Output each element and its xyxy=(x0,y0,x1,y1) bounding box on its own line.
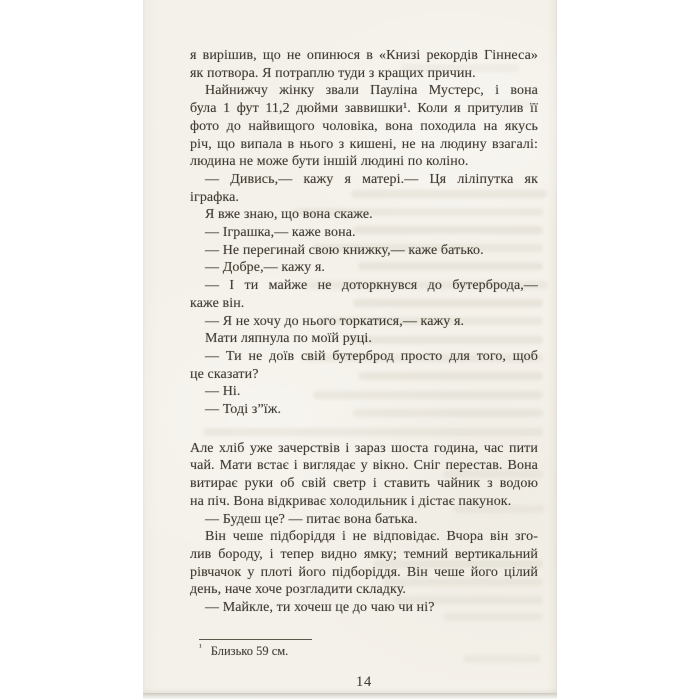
paragraph: Найнижчу жінку звали Пауліна Мустерс, і … xyxy=(190,82,538,171)
paragraph: — Будеш це? — питає вона батька. xyxy=(190,511,538,529)
footnote-separator xyxy=(199,639,312,640)
text-line: чай. Мати встає і виглядає у вікно. Сніг… xyxy=(190,457,538,475)
text-line: Найнижчу жінку звали Пауліна Мустерс, і … xyxy=(190,82,538,100)
paragraph: — Майкле, ти хочеш це до чаю чи ні? xyxy=(190,599,538,617)
text-line: на піч. Вона відкриває холодильник і діс… xyxy=(190,493,538,511)
text-line: — І ти майже не доторкнувся до бутерброд… xyxy=(190,277,538,295)
paragraph: — Ні. xyxy=(190,383,538,401)
scan-background: я вирішив, що не опинюся в «Книзі рекорд… xyxy=(0,0,700,700)
text-line: Я вже знаю, що вона скаже. xyxy=(190,206,538,224)
footnote: ¹Близько 59 см. xyxy=(199,643,529,659)
page-number: 14 xyxy=(190,674,538,691)
paragraph: — Добре,— кажу я. xyxy=(190,259,538,277)
paragraph: — Іграшка,— каже вона. xyxy=(190,224,538,242)
text-line: — Ти не доїв свій бутерброд просто для т… xyxy=(190,348,538,366)
paragraph: — Не перегинай свою книжку,— каже батько… xyxy=(190,242,538,260)
text-line: — Майкле, ти хочеш це до чаю чи ні? xyxy=(190,599,538,617)
text-line: Він чеше підборіддя і не відповідає. Вчо… xyxy=(190,528,538,546)
text-block: я вирішив, що не опинюся в «Книзі рекорд… xyxy=(190,47,538,617)
text-line: — Іграшка,— каже вона. xyxy=(190,224,538,242)
paragraph: — Дивись,— кажу я матері.— Ця ліліпутка … xyxy=(190,171,538,206)
text-line: — Ні. xyxy=(190,383,538,401)
footnote-marker: ¹ xyxy=(199,642,202,652)
paragraph: Я вже знаю, що вона скаже. xyxy=(190,206,538,224)
text-line: — Не перегинай свою книжку,— каже батько… xyxy=(190,242,538,260)
text-line: Мати ляпнула по моїй руці. xyxy=(190,330,538,348)
text-line: витирає руки об свій светр і ставить чай… xyxy=(190,475,538,493)
footnote-text: Близько 59 см. xyxy=(211,644,289,658)
paragraph: — Тоді з”їж. xyxy=(190,401,538,419)
text-line: день, наче хоче розгладити складку. xyxy=(190,581,538,599)
paragraph: я вирішив, що не опинюся в «Книзі рекорд… xyxy=(190,47,538,82)
paragraph: Але хліб уже зачерствів і зараз шоста го… xyxy=(190,440,538,511)
text-line: — Будеш це? — питає вона батька. xyxy=(190,511,538,529)
text-line: — Добре,— кажу я. xyxy=(190,259,538,277)
text-line: це сказати? xyxy=(190,366,538,384)
text-line: людина не може бути іншій людині по колі… xyxy=(190,153,538,171)
text-line: лив бороду, і тепер видно ямку; темний в… xyxy=(190,546,538,564)
text-line: — Тоді з”їж. xyxy=(190,401,538,419)
text-line: рівчачок у плоті його підборіддя. Він че… xyxy=(190,564,538,582)
text-line: Але хліб уже зачерствів і зараз шоста го… xyxy=(190,440,538,458)
paragraph: — Я не хочу до нього торкатися,— кажу я. xyxy=(190,313,538,331)
text-line: річ, що випала в нього з кишені, не на л… xyxy=(190,136,538,154)
text-line: була 1 фут 11,2 дюйми заввишки¹. Коли я … xyxy=(190,100,538,118)
text-line: — Я не хочу до нього торкатися,— кажу я. xyxy=(190,313,538,331)
text-line: фото до найвищого чоловіка, вона походил… xyxy=(190,118,538,136)
page-bottom-edge xyxy=(143,693,557,699)
paragraph: — Ти не доїв свій бутерброд просто для т… xyxy=(190,348,538,383)
paragraph: — І ти майже не доторкнувся до бутерброд… xyxy=(190,277,538,312)
text-line: — Дивись,— кажу я матері.— Ця ліліпутка … xyxy=(190,171,538,189)
text-line: як потвора. Я потраплю туди з кращих при… xyxy=(190,65,538,83)
paragraph: Він чеше підборіддя і не відповідає. Вчо… xyxy=(190,528,538,599)
book-page: я вирішив, що не опинюся в «Книзі рекорд… xyxy=(143,0,557,693)
text-line: я вирішив, що не опинюся в «Книзі рекорд… xyxy=(190,47,538,65)
paragraph: Мати ляпнула по моїй руці. xyxy=(190,330,538,348)
text-line: іграфка. xyxy=(190,189,538,207)
text-line: каже він. xyxy=(190,295,538,313)
